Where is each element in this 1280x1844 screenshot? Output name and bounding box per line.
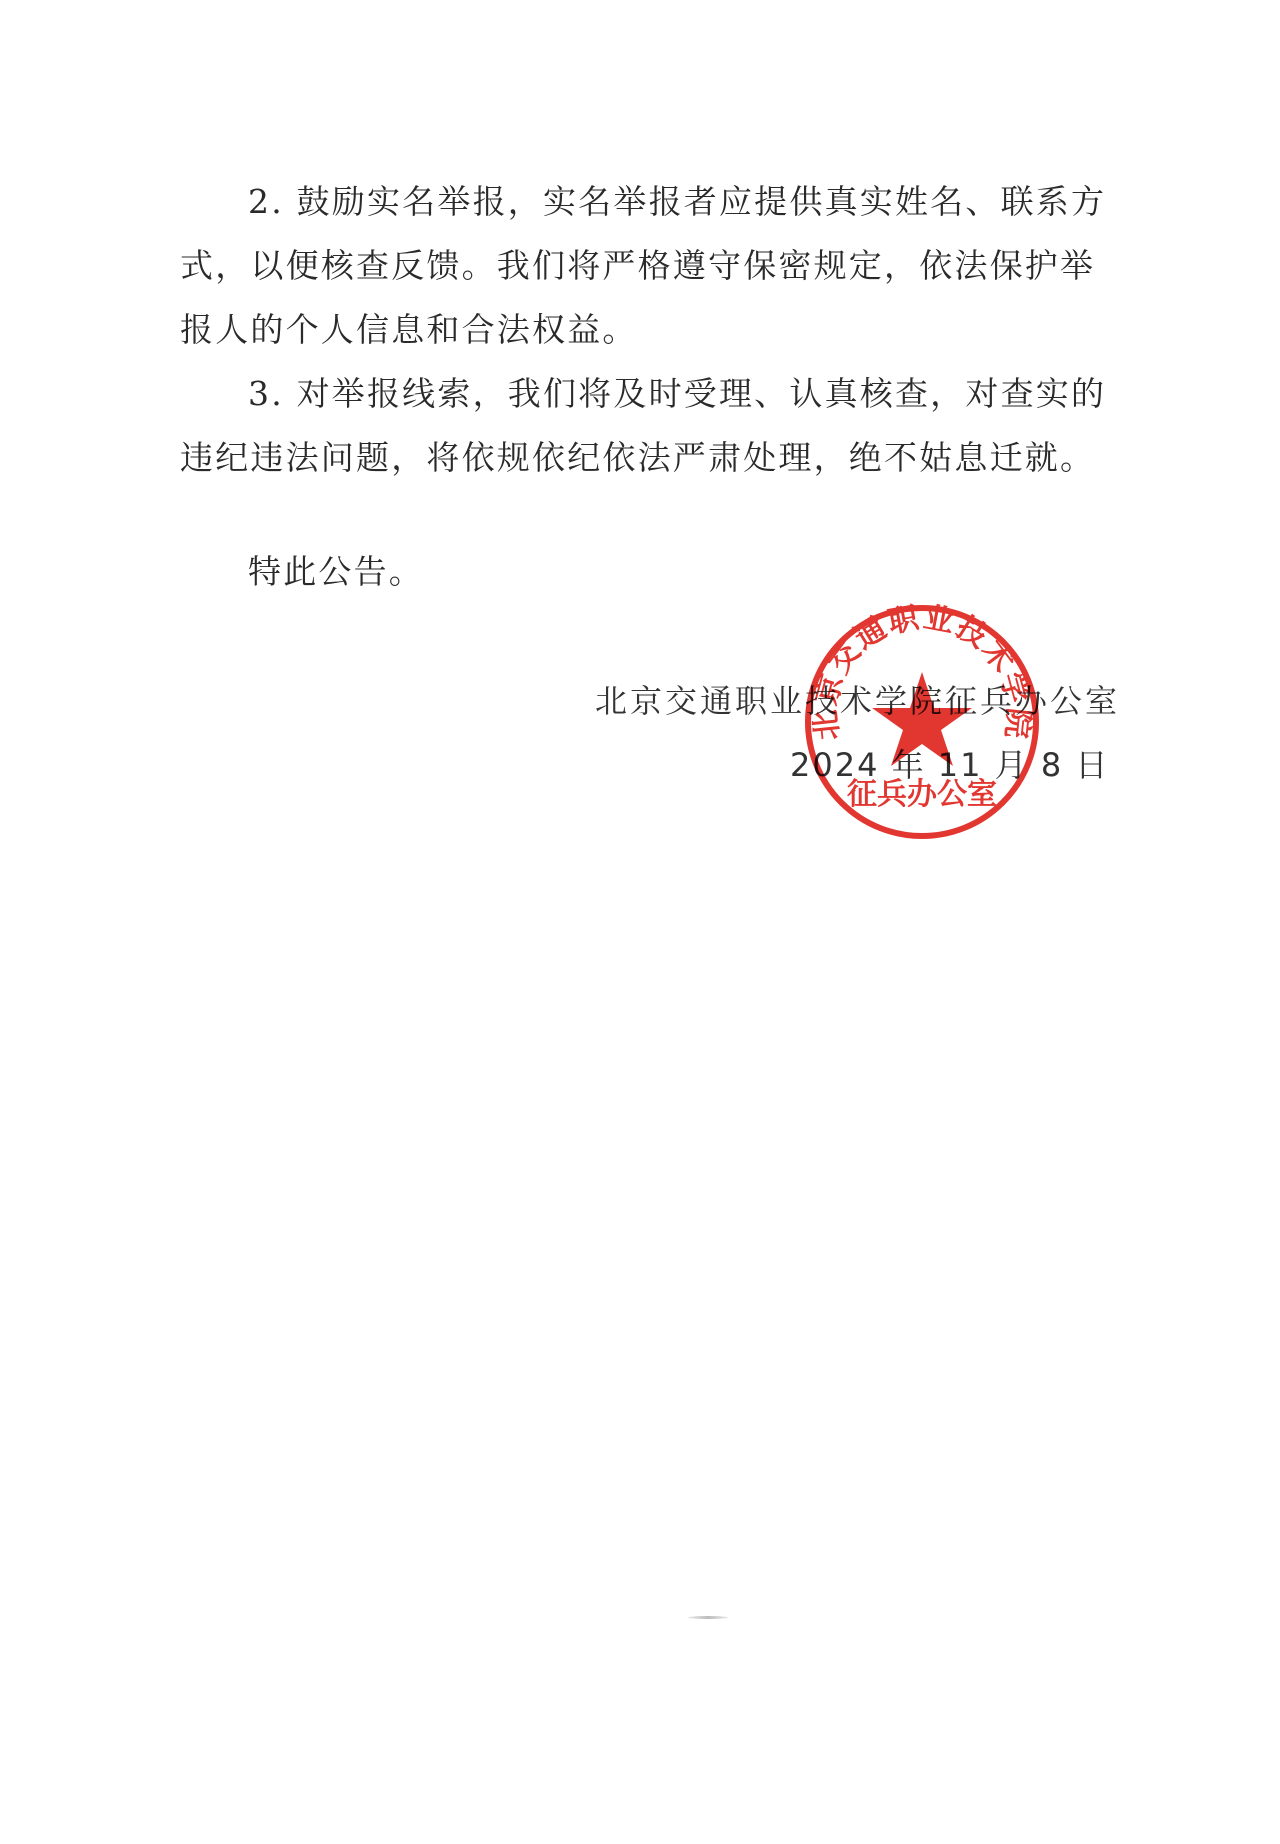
- closing-statement: 特此公告。: [248, 546, 424, 593]
- official-seal-icon: 北京交通职业技术学院 征兵办公室: [800, 600, 1044, 844]
- signature-organization: 北京交通职业技术学院征兵办公室: [595, 676, 1120, 722]
- page-marker: [688, 1616, 728, 1619]
- paragraph-item-3: 3. 对举报线索，我们将及时受理、认真核查，对查实的违纪违法问题，将依规依纪依法…: [180, 362, 1120, 490]
- signature-date: 2024 年 11 月 8 日: [790, 740, 1109, 786]
- paragraph-item-2: 2. 鼓励实名举报，实名举报者应提供真实姓名、联系方式，以便核查反馈。我们将严格…: [180, 170, 1120, 362]
- document-page: 2. 鼓励实名举报，实名举报者应提供真实姓名、联系方式，以便核查反馈。我们将严格…: [0, 0, 1280, 1844]
